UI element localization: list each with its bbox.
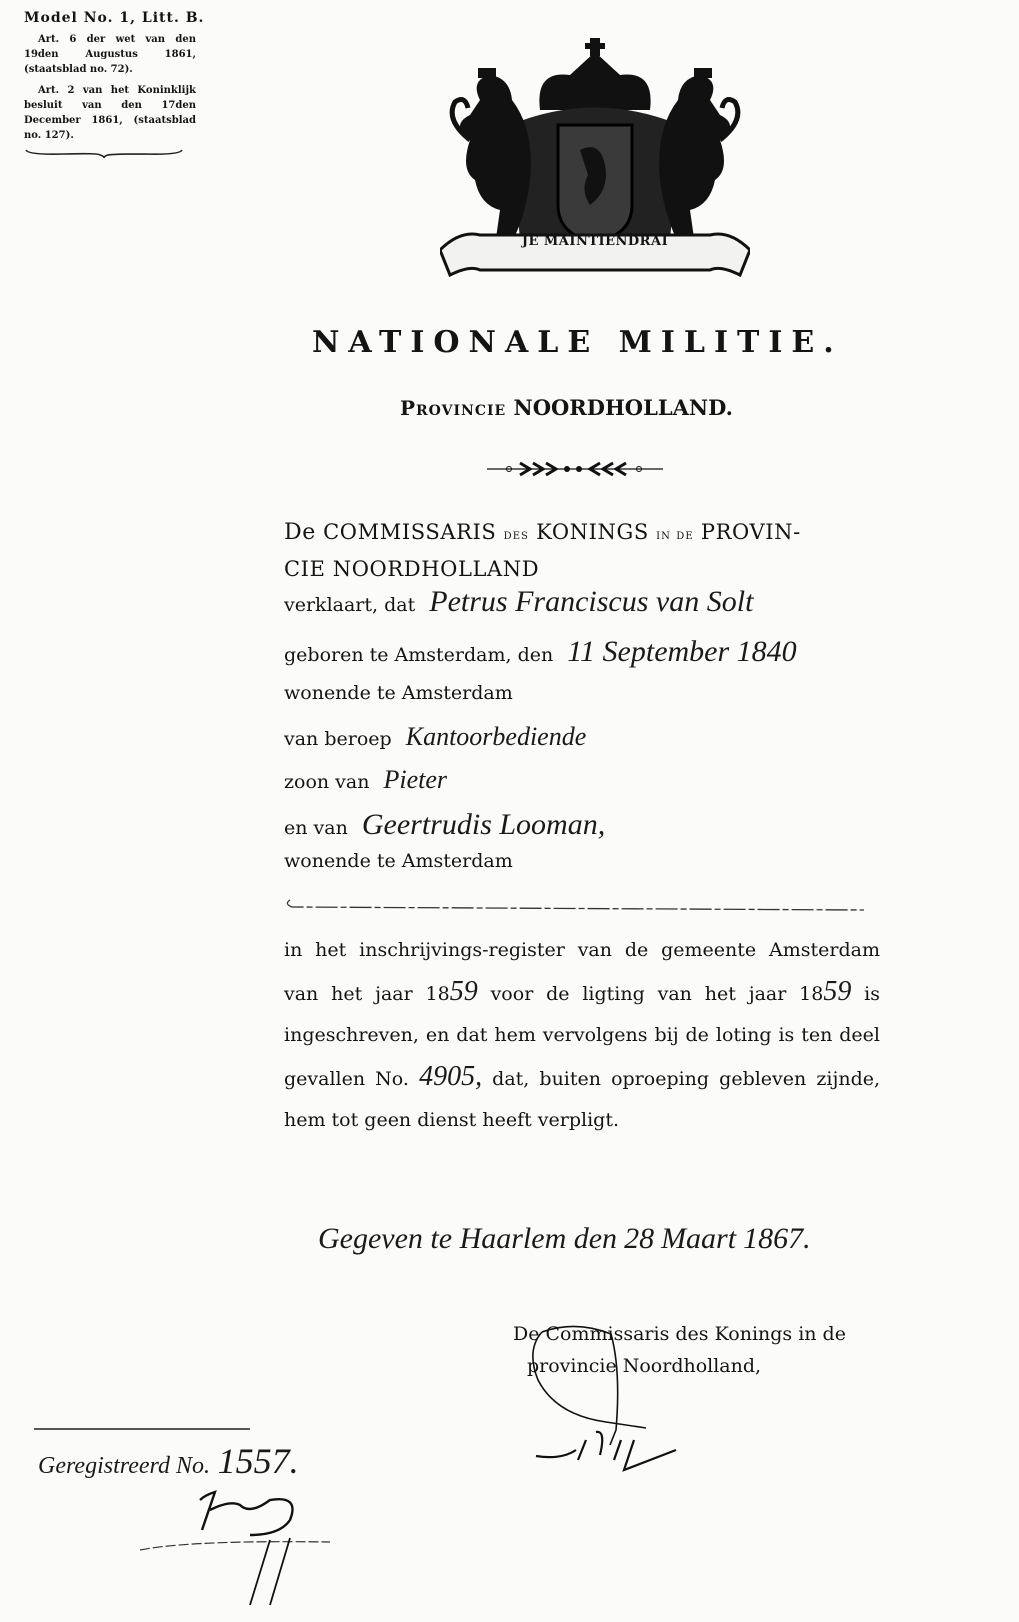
- handwritten-name: Petrus Franciscus van Solt: [429, 585, 753, 618]
- handwritten-month: Maart: [661, 1222, 736, 1255]
- issued-place: Gegeven te Haarlem den: [318, 1222, 617, 1255]
- handwritten-lot-number: 4905,: [419, 1061, 482, 1092]
- handwritten-birthdate: 11 September 1840: [567, 635, 796, 668]
- field-label: en van: [284, 817, 348, 839]
- text-fragment: van het jaar 18: [284, 983, 450, 1005]
- model-heading: Model No. 1, Litt. B.: [24, 10, 196, 26]
- field-birth: geboren te Amsterdam, den 11 September 1…: [284, 635, 797, 669]
- paragraph-line: hem tot geen dienst heeft verpligt.: [284, 1100, 880, 1141]
- signatory-province: provincie Noordholland,: [513, 1350, 846, 1382]
- registration-rule: [34, 1428, 250, 1430]
- document-title: NATIONALE MILITIE.: [312, 325, 852, 360]
- issuer-word: in de: [656, 527, 693, 543]
- registration-paragraph: in het inschrijvings-register van de gem…: [284, 930, 880, 1141]
- handwritten-year-levy: 59: [823, 976, 851, 1007]
- registration-label: Geregistreerd No.: [38, 1453, 210, 1479]
- paragraph-line: ingeschreven, en dat hem vervolgens bij …: [284, 1015, 880, 1056]
- motto-text: JE MAINTIENDRAI: [515, 234, 675, 249]
- field-declared-person: verklaart, dat Petrus Franciscus van Sol…: [284, 585, 753, 619]
- issuer-word: des: [504, 527, 529, 543]
- field-residence: wonende te Amsterdam: [284, 682, 513, 704]
- field-label: verklaart, dat: [284, 594, 415, 616]
- signatory-block: De Commissaris des Konings in de provinc…: [513, 1318, 846, 1382]
- issuer-word: COMMISSARIS: [323, 520, 496, 544]
- province-heading: Provincie NOORDHOLLAND.: [400, 395, 733, 420]
- field-mother: en van Geertrudis Looman,: [284, 808, 605, 842]
- ornament-divider-icon: [485, 460, 665, 478]
- handwritten-mother-name: Geertrudis Looman,: [362, 808, 605, 841]
- handwritten-day: 28: [624, 1222, 654, 1255]
- text-fragment: voor de ligting van het jaar 18: [491, 983, 824, 1005]
- issuer-word: KONINGS: [536, 520, 649, 544]
- field-father: zoon van Pieter: [284, 765, 447, 795]
- paragraph-line: gevallen No. 4905, dat, buiten oproeping…: [284, 1056, 880, 1100]
- issuer-word: De: [284, 520, 316, 545]
- field-label: zoon van: [284, 771, 369, 793]
- field-label: geboren te Amsterdam, den: [284, 644, 553, 666]
- handwritten-occupation: Kantoorbediende: [406, 722, 587, 751]
- province-prefix: Provincie: [400, 396, 506, 420]
- law-article-2: Art. 2 van het Koninklijk besluit van de…: [24, 83, 196, 143]
- brace-divider-icon: [24, 148, 184, 158]
- field-label: wonende te Amsterdam: [284, 850, 513, 872]
- province-name: NOORDHOLLAND.: [514, 395, 733, 420]
- issuer-word: CIE NOORDHOLLAND: [284, 557, 539, 581]
- paragraph-line: in het inschrijvings-register van de gem…: [284, 930, 880, 971]
- issuer-word: PROVIN-: [701, 520, 801, 544]
- field-label: wonende te Amsterdam: [284, 682, 513, 704]
- text-fragment: gevallen No.: [284, 1068, 409, 1090]
- registration-stamp: Geregistreerd No. 1557.: [38, 1440, 299, 1482]
- model-reference-note: Model No. 1, Litt. B. Art. 6 der wet van…: [24, 10, 196, 162]
- signatory-title: De Commissaris des Konings in de: [513, 1318, 846, 1350]
- clerk-signature-icon: [130, 1480, 340, 1610]
- issued-line: Gegeven te Haarlem den 28 Maart 1867.: [318, 1222, 811, 1256]
- handwritten-year-registered: 59: [450, 976, 478, 1007]
- text-fragment: dat, buiten oproeping gebleven zijnde,: [492, 1068, 880, 1090]
- law-article-1: Art. 6 der wet van den 19den Augustus 18…: [24, 32, 196, 77]
- handwritten-year: 1867.: [743, 1222, 811, 1255]
- text-fragment: is: [864, 983, 880, 1005]
- handwritten-registration-number: 1557.: [218, 1441, 299, 1481]
- handwritten-father-name: Pieter: [384, 765, 448, 794]
- issuer-heading: De COMMISSARIS des KONINGS in de PROVIN-…: [284, 515, 884, 586]
- field-occupation: van beroep Kantoorbediende: [284, 722, 586, 752]
- dashed-rule: [284, 898, 869, 912]
- field-parents-residence: wonende te Amsterdam: [284, 850, 513, 872]
- paragraph-line: van het jaar 1859 voor de ligting van he…: [284, 971, 880, 1015]
- field-label: van beroep: [284, 728, 392, 750]
